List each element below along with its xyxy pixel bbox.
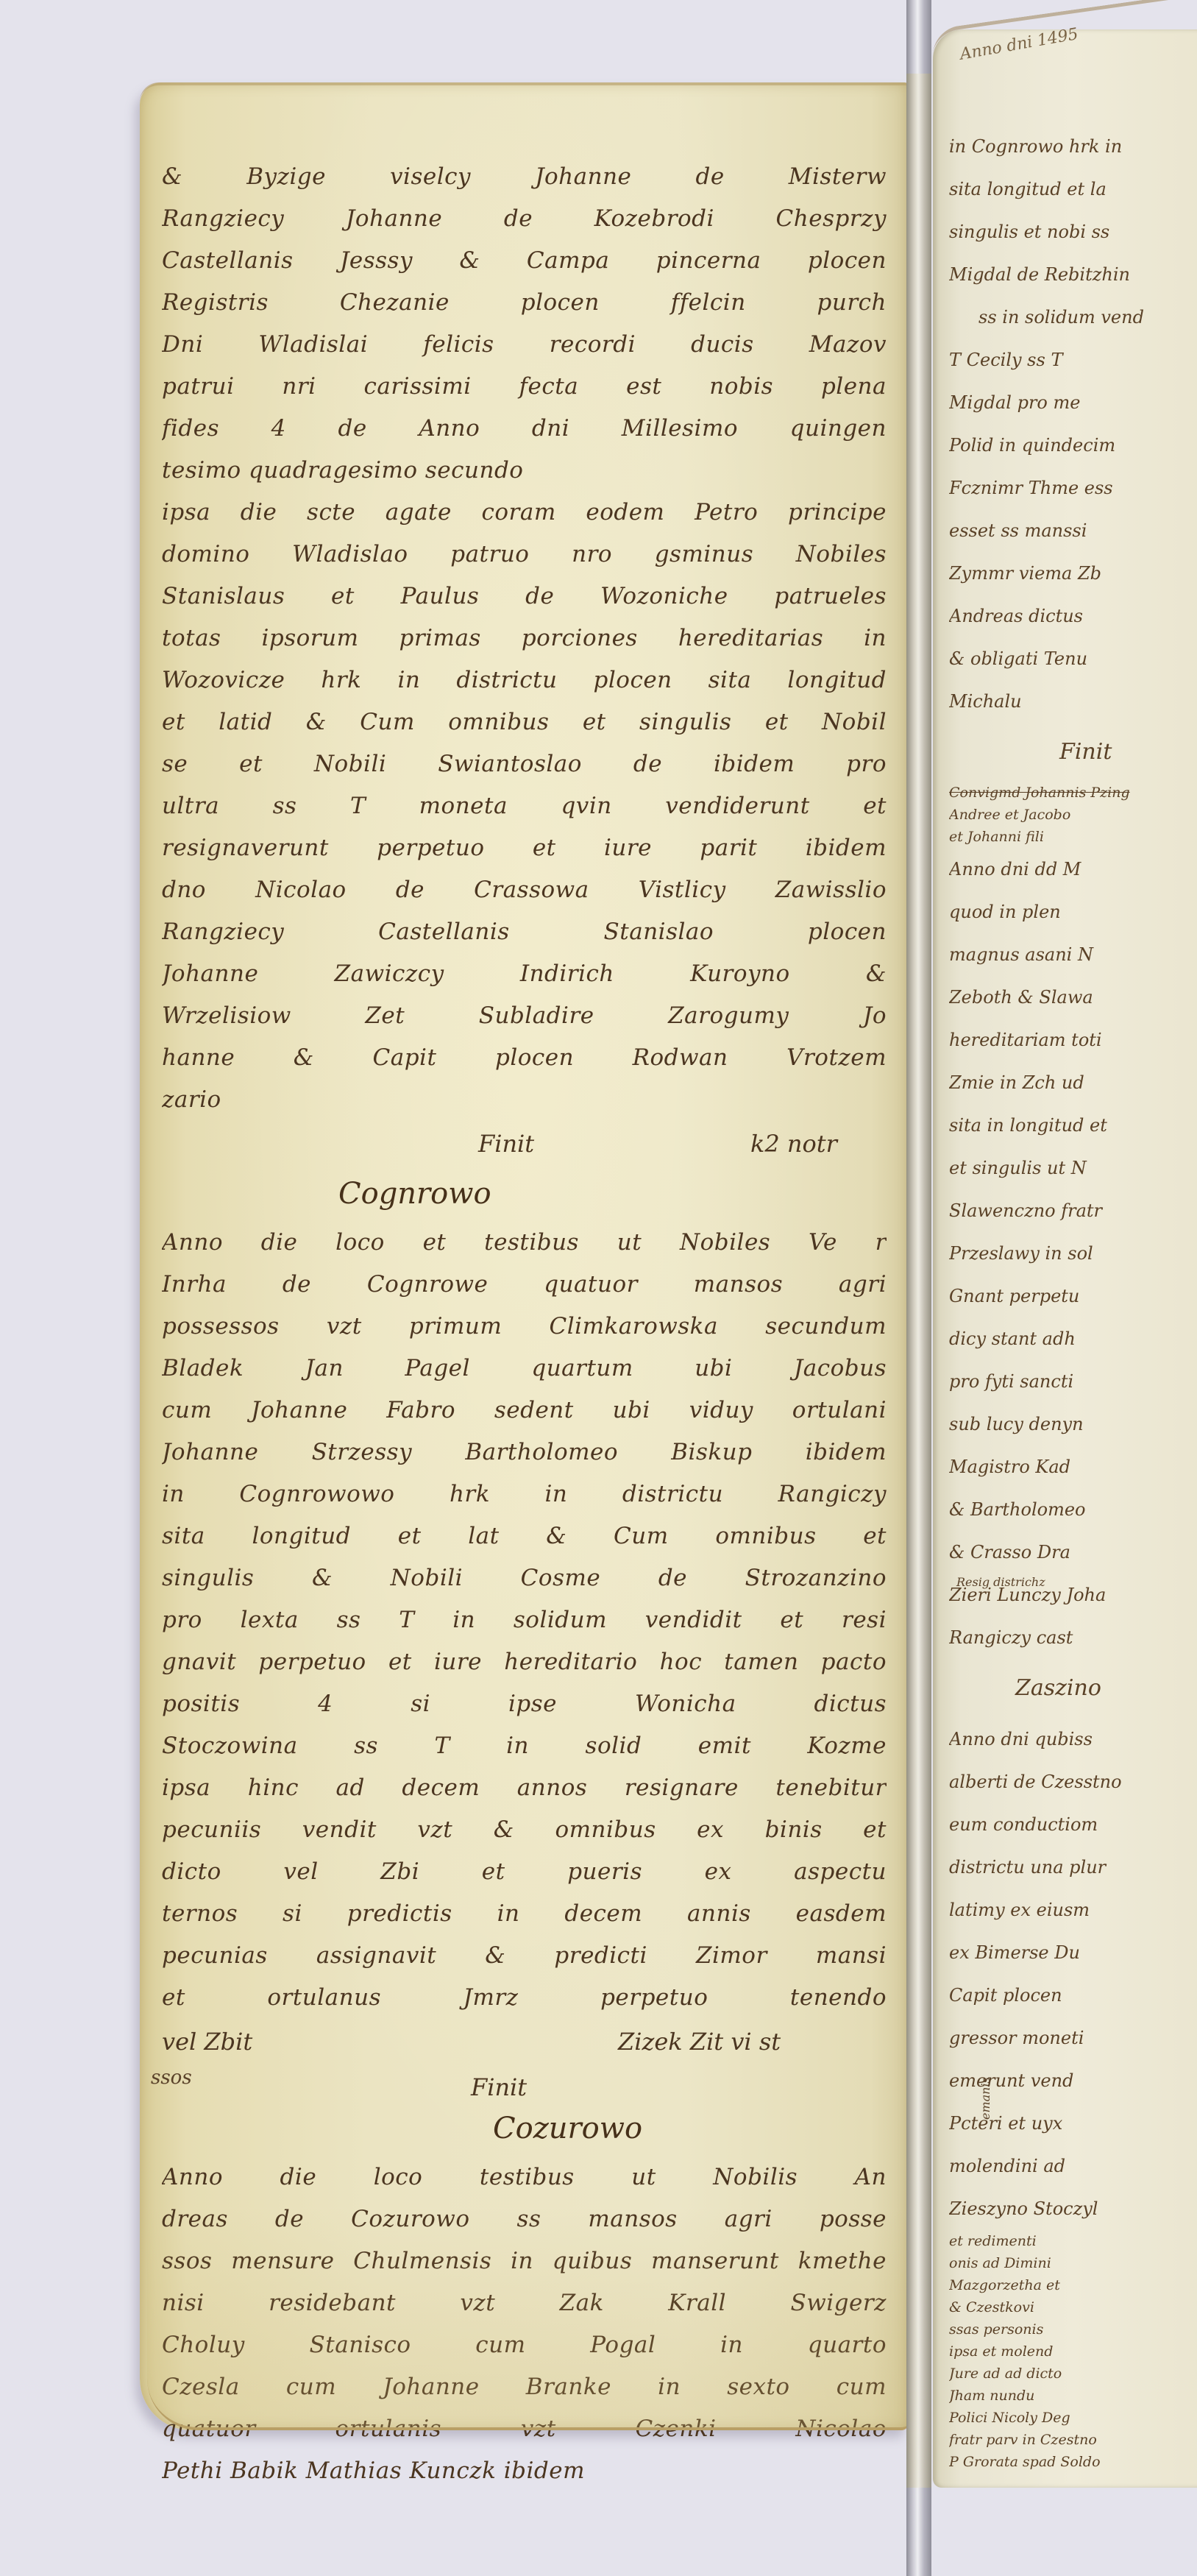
text-line: & obligati Tenu xyxy=(949,637,1197,680)
text-line: patrui nri carissimi fecta est nobis ple… xyxy=(162,366,887,408)
text-line: Przeslawy in sol xyxy=(949,1232,1197,1275)
text-line: Michalu xyxy=(949,680,1197,723)
text-line: onis ad Dimini xyxy=(949,2252,1197,2274)
text-line: & Czestkovi xyxy=(949,2296,1197,2318)
text-line: sita longitud et lat & Cum omnibus et xyxy=(162,1515,887,1557)
entry-3: Cozurowo Anno die loco testibus ut Nobil… xyxy=(162,2101,887,2492)
text-line: ipsa et molend xyxy=(949,2340,1197,2363)
text-line: Bladek Jan Pagel quartum ubi Jacobus xyxy=(162,1348,887,1390)
text-line: gressor moneti xyxy=(949,2017,1197,2059)
text-line: dno Nicolao de Crassowa Vistlicy Zawissl… xyxy=(162,869,887,911)
clerk-note: Zizek Zit vi st xyxy=(618,2019,781,2064)
text-line: Slawenczno fratr xyxy=(949,1189,1197,1232)
text-line: alberti de Czesstno xyxy=(949,1761,1197,1803)
text-line: fratr parv in Czestno xyxy=(949,2429,1197,2451)
text-line: fides 4 de Anno dni Millesimo quingen xyxy=(162,408,887,450)
left-page-text: & Byzige viselcy Johanne de Misterw Rang… xyxy=(162,156,887,2492)
text-line: & Byzige viselcy Johanne de Misterw xyxy=(162,156,887,198)
text-line: dreas de Cozurowo ss mansos agri posse xyxy=(162,2198,887,2240)
text-line: Mazgorzetha et xyxy=(949,2274,1197,2296)
margin-note: ssos xyxy=(151,2067,192,2089)
entry-2: Cognrowo Anno die loco et testibus ut No… xyxy=(162,1167,887,2101)
text-line: Polici Nicoly Deg xyxy=(949,2407,1197,2429)
text-line: Anno die loco et testibus ut Nobiles Ve … xyxy=(162,1222,887,1264)
text-line: Zeboth & Slawa xyxy=(949,976,1197,1019)
text-line: Zmie in Zch ud xyxy=(949,1061,1197,1104)
text-line: Anno dni dd M xyxy=(949,848,1197,891)
text-line: pecunias assignavit & predicti Zimor man… xyxy=(162,1935,887,1977)
text-line: Andreas dictus xyxy=(949,595,1197,637)
margin-note: Resig districhz xyxy=(956,1575,1045,1589)
text-line: Johanne Strzessy Bartholomeo Biskup ibid… xyxy=(162,1432,887,1473)
entry-finit: Finit xyxy=(162,2064,887,2101)
text-line: pro lexta ss T in solidum vendidit et re… xyxy=(162,1599,887,1641)
text-line: Registris Chezanie plocen ffelcin purch xyxy=(162,282,887,324)
text-line: esset ss manssi xyxy=(949,509,1197,552)
text-line: nisi residebant vzt Zak Krall Swigerz xyxy=(162,2282,887,2324)
text-line: Dni Wladislai felicis recordi ducis Mazo… xyxy=(162,324,887,366)
text-line: et redimenti xyxy=(949,2230,1197,2252)
text-line: Jure ad ad dicto xyxy=(949,2363,1197,2385)
text-line: Stoczowina ss T in solid emit Kozme xyxy=(162,1725,887,1767)
text-line: Jham nundu xyxy=(949,2385,1197,2407)
text-line: Zieszyno Stoczyl xyxy=(949,2187,1197,2230)
text-line: Anno dni qubiss xyxy=(949,1718,1197,1761)
text-line: ipsa die scte agate coram eodem Petro pr… xyxy=(162,492,887,534)
text-line: Inrha de Cognrowe quatuor mansos agri xyxy=(162,1264,887,1306)
text-line: Capit plocen xyxy=(949,1974,1197,2017)
text-line: hereditariam toti xyxy=(949,1019,1197,1061)
text-line: Andree et Jacobo xyxy=(949,804,1197,826)
text-line: Rangiczy cast xyxy=(949,1616,1197,1659)
entry-heading: Cozurowo xyxy=(162,2101,887,2156)
text-line: quatuor ortulanis vzt Czenki Nicolao xyxy=(162,2408,887,2450)
manuscript-scan: & Byzige viselcy Johanne de Misterw Rang… xyxy=(0,0,1197,2576)
text-line: positis 4 si ipse Wonicha dictus xyxy=(162,1683,887,1725)
text-line: zario xyxy=(162,1079,887,1121)
text-line: Polid in quindecim xyxy=(949,424,1197,467)
finit-mark: Finit xyxy=(949,723,1197,782)
book-binding-gutter xyxy=(906,0,931,2576)
entry-closing: vel Zbit Zizek Zit vi st xyxy=(162,2019,887,2064)
text-line: singulis et nobi ss xyxy=(949,210,1197,253)
text-line: et ortulanus Jmrz perpetuo tenendo xyxy=(162,1977,887,2019)
text-line: Castellanis Jesssy & Campa pincerna ploc… xyxy=(162,240,887,282)
text-line: & Crasso Dra xyxy=(949,1531,1197,1574)
finit-mark: Finit xyxy=(478,1121,534,1167)
entry-closing: Finit k2 notr xyxy=(162,1121,887,1167)
clerk-note: k2 notr xyxy=(750,1121,837,1167)
text-line: Zymmr viema Zb xyxy=(949,552,1197,595)
text-line: latimy ex eiusm xyxy=(949,1889,1197,1931)
text-line: sita longitud et la xyxy=(949,168,1197,210)
text-line: Migdal pro me xyxy=(949,381,1197,424)
text-line: sub lucy denyn xyxy=(949,1403,1197,1446)
text-line: Magistro Kad xyxy=(949,1446,1197,1488)
text-line: quod in plen xyxy=(949,891,1197,933)
text-line: tesimo quadragesimo secundo xyxy=(162,450,887,492)
margin-note: emanis xyxy=(978,2077,992,2120)
entry-heading: Zaszino xyxy=(949,1659,1197,1718)
text-line: ipsa hinc ad decem annos resignare teneb… xyxy=(162,1767,887,1809)
text-line: districtu una plur xyxy=(949,1846,1197,1889)
text-line: totas ipsorum primas porciones hereditar… xyxy=(162,618,887,659)
text-line: & Bartholomeo xyxy=(949,1488,1197,1531)
text-line: eum conductiom xyxy=(949,1803,1197,1846)
text-line: magnus asani N xyxy=(949,933,1197,976)
struck-through-line: Convigmd Johannis Pzing xyxy=(949,782,1197,804)
text-line: ssas personis xyxy=(949,2318,1197,2340)
text-line: et singulis ut N xyxy=(949,1147,1197,1189)
text-line: Wrzelisiow Zet Subladire Zarogumy Jo xyxy=(162,995,887,1037)
text-line: ssos mensure Chulmensis in quibus manser… xyxy=(162,2240,887,2282)
text-line: et latid & Cum omnibus et singulis et No… xyxy=(162,701,887,743)
header-spacer xyxy=(949,81,1197,125)
text-line: resignaverunt perpetuo et iure parit ibi… xyxy=(162,827,887,869)
text-line: Rangziecy Johanne de Kozebrodi Chesprzy xyxy=(162,198,887,240)
entry-1: & Byzige viselcy Johanne de Misterw Rang… xyxy=(162,156,887,1167)
text-line: et Johanni fili xyxy=(949,826,1197,848)
entry-heading: Cognrowo xyxy=(162,1167,887,1222)
text-line: ex Bimerse Du xyxy=(949,1931,1197,1974)
left-page: & Byzige viselcy Johanne de Misterw Rang… xyxy=(140,82,909,2430)
text-line: in Cognrowowo hrk in districtu Rangiczy xyxy=(162,1473,887,1515)
text-line-tail: vel Zbit xyxy=(162,2019,252,2064)
text-line: dicy stant adh xyxy=(949,1317,1197,1360)
text-line: Fcznimr Thme ess xyxy=(949,467,1197,509)
text-line: Wozovicze hrk in districtu plocen sita l… xyxy=(162,659,887,701)
text-line: se et Nobili Swiantoslao de ibidem pro xyxy=(162,743,887,785)
text-line: possessos vzt primum Climkarowska secund… xyxy=(162,1306,887,1348)
text-line: in Cognrowo hrk in xyxy=(949,125,1197,168)
text-line: Rangziecy Castellanis Stanislao plocen xyxy=(162,911,887,953)
text-line: Choluy Stanisco cum Pogal in quarto xyxy=(162,2324,887,2366)
text-line: Gnant perpetu xyxy=(949,1275,1197,1317)
text-line: sita in longitud et xyxy=(949,1104,1197,1147)
text-line: Migdal de Rebitzhin xyxy=(949,253,1197,296)
text-line: dicto vel Zbi et pueris ex aspectu xyxy=(162,1851,887,1893)
text-line: domino Wladislao patruo nro gsminus Nobi… xyxy=(162,534,887,576)
text-line: gnavit perpetuo et iure hereditario hoc … xyxy=(162,1641,887,1683)
text-line: singulis & Nobili Cosme de Strozanzino xyxy=(162,1557,887,1599)
right-page: in Cognrowo hrk in sita longitud et la s… xyxy=(933,29,1197,2488)
text-line: pro fyti sancti xyxy=(949,1360,1197,1403)
text-line: ultra ss T moneta qvin vendiderunt et xyxy=(162,785,887,827)
text-line: Czesla cum Johanne Branke in sexto cum xyxy=(162,2366,887,2408)
text-line: Anno die loco testibus ut Nobilis An xyxy=(162,2156,887,2198)
text-line: Pethi Babik Mathias Kunczk ibidem xyxy=(162,2450,887,2492)
text-line: molendini ad xyxy=(949,2145,1197,2187)
text-line: hanne & Capit plocen Rodwan Vrotzem xyxy=(162,1037,887,1079)
text-line-part: tesimo quadragesimo secundo xyxy=(162,457,523,484)
text-line: Stanislaus et Paulus de Wozoniche patrue… xyxy=(162,576,887,618)
text-line: P Grorata spad Soldo xyxy=(949,2451,1197,2473)
text-line: ss in solidum vend xyxy=(949,296,1197,339)
text-line: ternos si predictis in decem annis easde… xyxy=(162,1893,887,1935)
text-line: Johanne Zawiczcy Indirich Kuroyno & xyxy=(162,953,887,995)
text-line: cum Johanne Fabro sedent ubi viduy ortul… xyxy=(162,1390,887,1432)
text-line: T Cecily ss T xyxy=(949,339,1197,381)
text-line: pecuniis vendit vzt & omnibus ex binis e… xyxy=(162,1809,887,1851)
